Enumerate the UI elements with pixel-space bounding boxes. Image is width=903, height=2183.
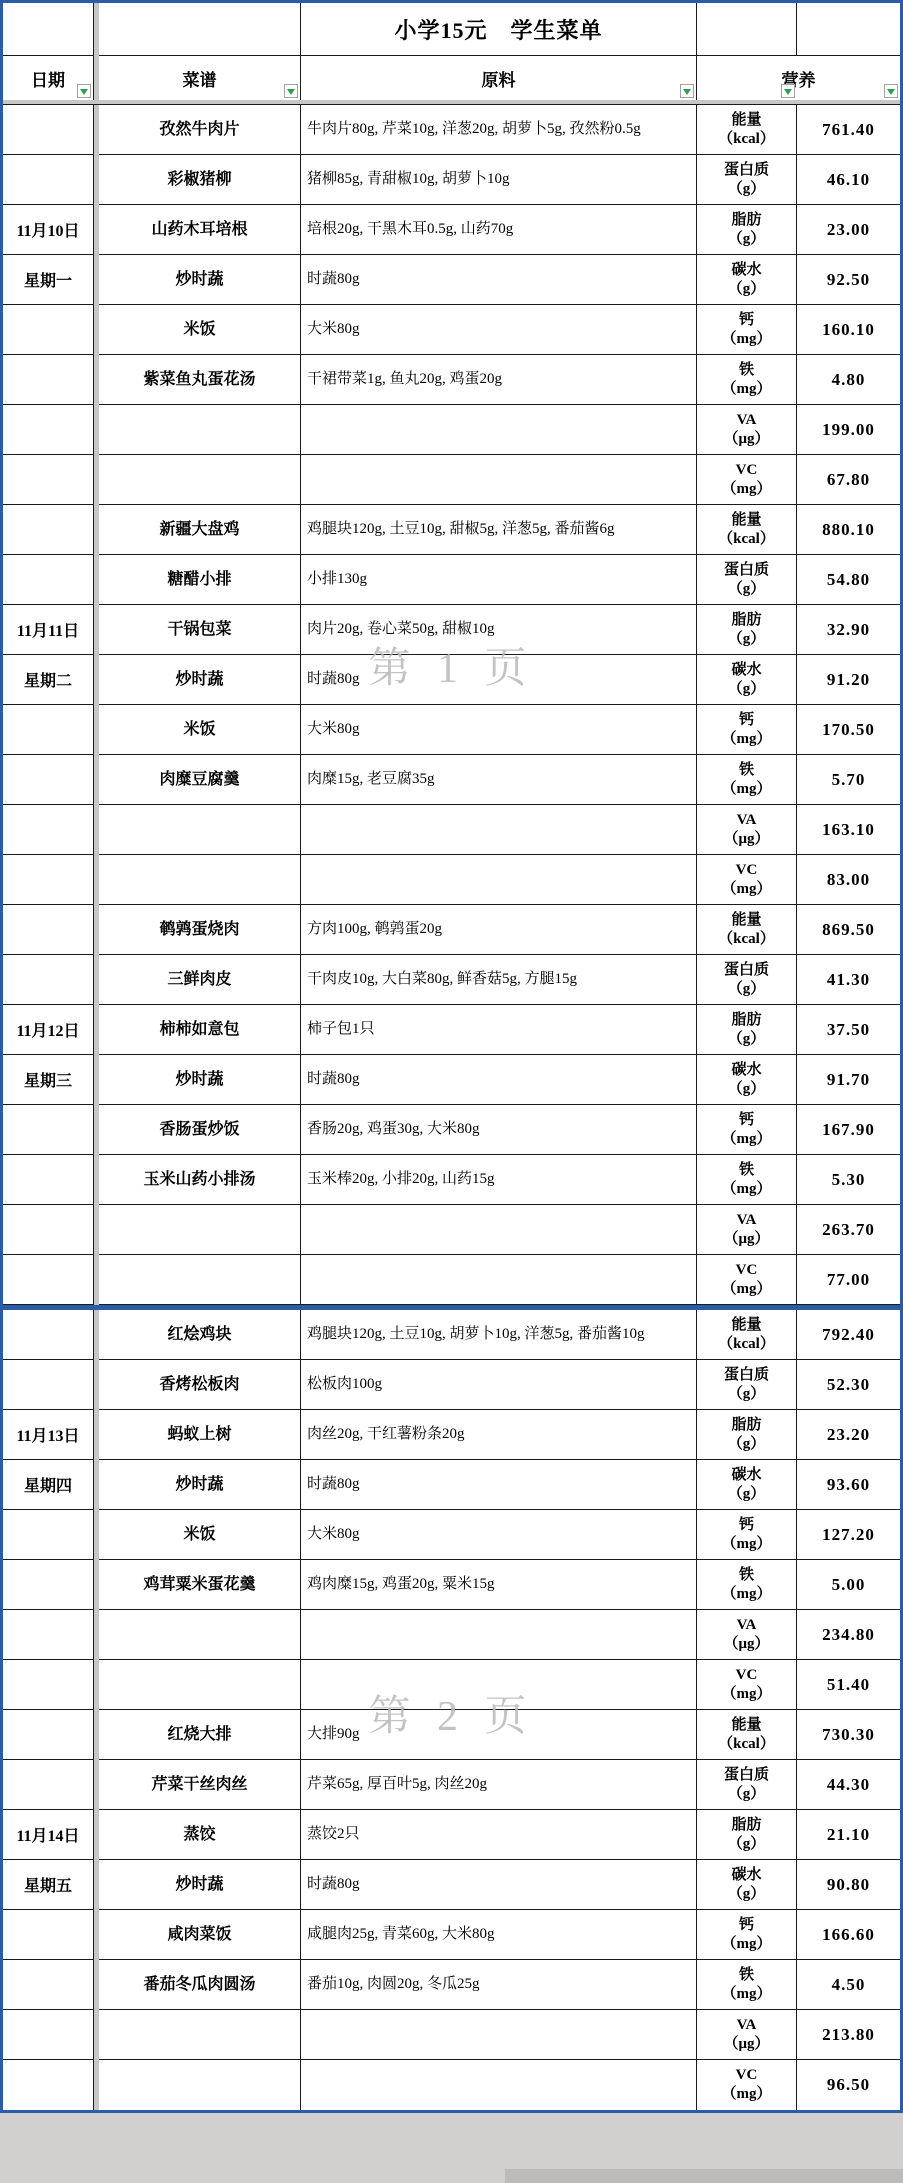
dish-cell[interactable]: 炒时蔬: [99, 655, 301, 705]
nutrient-name: 脂肪: [731, 211, 761, 230]
dish-cell[interactable]: 紫菜鱼丸蛋花汤: [99, 355, 301, 405]
ingredients-text: 芹菜65g, 厚百叶5g, 肉丝20g: [307, 1774, 692, 1795]
ingredients-text: 时蔬80g: [307, 1069, 692, 1090]
nutrient-unit: （mg）: [722, 2085, 772, 2104]
nutrient-label-cell[interactable]: 碳水（g）: [697, 1860, 797, 1910]
cell-empty[interactable]: [3, 755, 94, 805]
filter-arrow-icon: [683, 89, 691, 99]
cell-empty[interactable]: [3, 805, 94, 855]
ingredients-cell[interactable]: 时蔬80g: [301, 1055, 697, 1105]
nutrient-value-cell[interactable]: 792.40: [797, 1310, 900, 1360]
nutrient-label-cell[interactable]: VA（μg）: [697, 2010, 797, 2060]
nutrient-label-cell[interactable]: 脂肪（g）: [697, 205, 797, 255]
ingredients-cell[interactable]: 牛肉片80g, 芹菜10g, 洋葱20g, 胡萝卜5g, 孜然粉0.5g: [301, 105, 697, 155]
nutrient-label-cell[interactable]: VA（μg）: [697, 1205, 797, 1255]
nutrient-name: 脂肪: [731, 1011, 761, 1030]
cell-empty[interactable]: [301, 1610, 697, 1660]
cell-empty[interactable]: [3, 3, 94, 56]
dish-cell[interactable]: 米饭: [99, 305, 301, 355]
nutrient-value-cell[interactable]: 4.50: [797, 1960, 900, 2010]
ingredients-text: 时蔬80g: [307, 1874, 692, 1895]
nutrient-unit: （mg）: [722, 1280, 772, 1299]
nutrient-name: 钙: [739, 711, 754, 730]
date-cell[interactable]: 11月12日: [3, 1005, 94, 1055]
dish-cell[interactable]: 彩椒猪柳: [99, 155, 301, 205]
ingredients-cell[interactable]: 香肠20g, 鸡蛋30g, 大米80g: [301, 1105, 697, 1155]
filter-dropdown-nutrition[interactable]: [781, 84, 795, 98]
nutrient-unit: （g）: [728, 230, 766, 249]
nutrient-unit: （g）: [728, 980, 766, 999]
cell-empty[interactable]: [3, 1910, 94, 1960]
ingredients-text: 香肠20g, 鸡蛋30g, 大米80g: [307, 1119, 692, 1140]
nutrient-label-cell[interactable]: 碳水（g）: [697, 1460, 797, 1510]
cell-empty[interactable]: [3, 1960, 94, 2010]
nutrient-unit: （μg）: [723, 2035, 769, 2054]
dish-cell[interactable]: 山药木耳培根: [99, 205, 301, 255]
cell-empty[interactable]: [3, 505, 94, 555]
dish-cell[interactable]: 香肠蛋炒饭: [99, 1105, 301, 1155]
column-header-menu[interactable]: 菜谱: [99, 56, 301, 100]
nutrient-name: 钙: [739, 1111, 754, 1130]
ingredients-text: 鸡肉糜15g, 鸡蛋20g, 粟米15g: [307, 1574, 692, 1595]
dish-cell[interactable]: 柿柿如意包: [99, 1005, 301, 1055]
ingredients-cell[interactable]: 蒸饺2只: [301, 1810, 697, 1860]
nutrient-label-cell[interactable]: 能量（kcal）: [697, 1310, 797, 1360]
ingredients-text: 大米80g: [307, 319, 692, 340]
nutrient-value-cell[interactable]: 46.10: [797, 155, 900, 205]
nutrient-value-cell[interactable]: 166.60: [797, 1910, 900, 1960]
ingredients-cell[interactable]: 咸腿肉25g, 青菜60g, 大米80g: [301, 1910, 697, 1960]
nutrient-value-cell[interactable]: 54.80: [797, 555, 900, 605]
nutrient-label-cell[interactable]: VA（μg）: [697, 805, 797, 855]
nutrient-label-cell[interactable]: 钙（mg）: [697, 1510, 797, 1560]
cell-empty[interactable]: [301, 1205, 697, 1255]
nutrient-value-cell[interactable]: 91.70: [797, 1055, 900, 1105]
dish-cell[interactable]: 鹌鹑蛋烧肉: [99, 905, 301, 955]
ingredients-cell[interactable]: 松板肉100g: [301, 1360, 697, 1410]
nutrient-label-cell[interactable]: 能量（kcal）: [697, 105, 797, 155]
nutrient-unit: （g）: [728, 280, 766, 299]
nutrient-value-cell[interactable]: 44.30: [797, 1760, 900, 1810]
nutrient-name: VA: [737, 1211, 757, 1230]
dish-cell[interactable]: 新疆大盘鸡: [99, 505, 301, 555]
ingredients-cell[interactable]: 肉片20g, 卷心菜50g, 甜椒10g: [301, 605, 697, 655]
nutrient-value-cell[interactable]: 41.30: [797, 955, 900, 1005]
nutrient-label-cell[interactable]: 钙（mg）: [697, 1105, 797, 1155]
nutrient-name: 蛋白质: [724, 1766, 769, 1785]
dish-cell[interactable]: 炒时蔬: [99, 1055, 301, 1105]
cell-empty[interactable]: [3, 955, 94, 1005]
nutrient-label-cell[interactable]: 蛋白质（g）: [697, 155, 797, 205]
cell-empty[interactable]: [3, 2060, 94, 2110]
column-header-ingredients-label: 原料: [482, 66, 516, 91]
ingredients-cell[interactable]: 鸡腿块120g, 土豆10g, 甜椒5g, 洋葱5g, 番茄酱6g: [301, 505, 697, 555]
ingredients-cell[interactable]: 小排130g: [301, 555, 697, 605]
filter-dropdown-nutrition-value[interactable]: [884, 84, 898, 98]
ingredients-text: 松板肉100g: [307, 1374, 692, 1395]
nutrient-name: 铁: [739, 1566, 754, 1585]
ingredients-cell[interactable]: 柿子包1只: [301, 1005, 697, 1055]
filter-arrow-icon: [887, 89, 895, 99]
ingredients-cell[interactable]: 大米80g: [301, 705, 697, 755]
cell-empty[interactable]: [301, 455, 697, 505]
weekday-cell[interactable]: 星期一: [3, 255, 94, 305]
ingredients-text: 干裙带菜1g, 鱼丸20g, 鸡蛋20g: [307, 369, 692, 390]
nutrient-name: VA: [737, 2016, 757, 2035]
ingredients-cell[interactable]: 肉丝20g, 干红薯粉条20g: [301, 1410, 697, 1460]
dish-cell[interactable]: 炒时蔬: [99, 1460, 301, 1510]
nutrient-value-cell[interactable]: 869.50: [797, 905, 900, 955]
nutrient-unit: （μg）: [723, 830, 769, 849]
weekday-cell[interactable]: 星期四: [3, 1460, 94, 1510]
nutrient-value-cell[interactable]: 167.90: [797, 1105, 900, 1155]
nutrient-name: 脂肪: [731, 1816, 761, 1835]
nutrient-label-cell[interactable]: 能量（kcal）: [697, 905, 797, 955]
cell-empty[interactable]: [3, 1255, 94, 1305]
nutrient-label-cell[interactable]: 蛋白质（g）: [697, 1360, 797, 1410]
cell-empty[interactable]: [99, 1255, 301, 1305]
dish-cell[interactable]: 芹菜干丝肉丝: [99, 1760, 301, 1810]
nutrient-value-cell[interactable]: 5.00: [797, 1560, 900, 1610]
ingredients-text: 牛肉片80g, 芹菜10g, 洋葱20g, 胡萝卜5g, 孜然粉0.5g: [307, 119, 692, 140]
nutrient-name: 铁: [739, 1161, 754, 1180]
dish-cell[interactable]: 蚂蚁上树: [99, 1410, 301, 1460]
nutrient-name: 蛋白质: [724, 161, 769, 180]
nutrient-unit: （μg）: [723, 1635, 769, 1654]
cell-empty[interactable]: [3, 355, 94, 405]
nutrient-value-cell[interactable]: 32.90: [797, 605, 900, 655]
cell-empty[interactable]: [301, 405, 697, 455]
cell-empty[interactable]: [3, 1510, 94, 1560]
nutrient-value-cell[interactable]: 51.40: [797, 1660, 900, 1710]
dish-cell[interactable]: 红烩鸡块: [99, 1310, 301, 1360]
dish-cell[interactable]: 炒时蔬: [99, 255, 301, 305]
nutrient-value-cell[interactable]: 170.50: [797, 705, 900, 755]
ingredients-text: 肉糜15g, 老豆腐35g: [307, 769, 692, 790]
ingredients-cell[interactable]: 培根20g, 干黑木耳0.5g, 山药70g: [301, 205, 697, 255]
filter-arrow-icon: [80, 89, 88, 99]
cell-empty[interactable]: [99, 2060, 301, 2110]
nutrient-label-cell[interactable]: 碳水（g）: [697, 655, 797, 705]
dish-cell[interactable]: 米饭: [99, 1510, 301, 1560]
ingredients-text: 时蔬80g: [307, 669, 692, 690]
dish-cell[interactable]: 米饭: [99, 705, 301, 755]
dish-cell[interactable]: 玉米山药小排汤: [99, 1155, 301, 1205]
dish-cell[interactable]: 糖醋小排: [99, 555, 301, 605]
nutrient-unit: （g）: [728, 180, 766, 199]
cell-empty[interactable]: [3, 905, 94, 955]
ingredients-text: 大米80g: [307, 719, 692, 740]
ingredients-cell[interactable]: 方肉100g, 鹌鹑蛋20g: [301, 905, 697, 955]
nutrient-name: 能量: [731, 511, 761, 530]
cell-empty[interactable]: [301, 805, 697, 855]
nutrient-value-cell[interactable]: 67.80: [797, 455, 900, 505]
ingredients-cell[interactable]: 干肉皮10g, 大白菜80g, 鲜香菇5g, 方腿15g: [301, 955, 697, 1005]
nutrient-name: 碳水: [731, 1866, 761, 1885]
nutrient-value-cell[interactable]: 96.50: [797, 2060, 900, 2110]
nutrient-name: VC: [736, 1261, 758, 1280]
nutrient-unit: （mg）: [722, 1585, 772, 1604]
ingredients-text: 肉丝20g, 干红薯粉条20g: [307, 1424, 692, 1445]
cell-empty[interactable]: [3, 105, 94, 155]
cell-empty[interactable]: [3, 1360, 94, 1410]
nutrient-value-cell[interactable]: 37.50: [797, 1005, 900, 1055]
nutrient-name: 碳水: [731, 1466, 761, 1485]
nutrient-value-cell[interactable]: 263.70: [797, 1205, 900, 1255]
nutrient-unit: （g）: [728, 1080, 766, 1099]
nutrient-value-cell[interactable]: 199.00: [797, 405, 900, 455]
ingredients-text: 时蔬80g: [307, 1474, 692, 1495]
nutrient-value-cell[interactable]: 5.30: [797, 1155, 900, 1205]
nutrient-unit: （g）: [728, 680, 766, 699]
horizontal-scrollbar[interactable]: [505, 2169, 903, 2183]
nutrient-value-cell[interactable]: 93.60: [797, 1460, 900, 1510]
nutrient-name: 碳水: [731, 661, 761, 680]
nutrient-name: 铁: [739, 1966, 754, 1985]
nutrient-value-cell[interactable]: 730.30: [797, 1710, 900, 1760]
cell-empty[interactable]: [3, 1310, 94, 1360]
cell-empty[interactable]: [99, 1660, 301, 1710]
cell-empty[interactable]: [3, 1560, 94, 1610]
ingredients-cell[interactable]: 大米80g: [301, 1510, 697, 1560]
nutrient-label-cell[interactable]: 蛋白质（g）: [697, 1760, 797, 1810]
ingredients-text: 方肉100g, 鹌鹑蛋20g: [307, 919, 692, 940]
nutrient-unit: （mg）: [722, 780, 772, 799]
nutrient-unit: （g）: [728, 1785, 766, 1804]
nutrient-unit: （kcal）: [718, 930, 775, 949]
ingredients-text: 大排90g: [307, 1724, 692, 1745]
nutrient-name: 钙: [739, 1916, 754, 1935]
nutrient-label-cell[interactable]: 蛋白质（g）: [697, 955, 797, 1005]
ingredients-cell[interactable]: 猪柳85g, 青甜椒10g, 胡萝卜10g: [301, 155, 697, 205]
cell-empty[interactable]: [301, 855, 697, 905]
cell-empty[interactable]: [3, 1710, 94, 1760]
nutrient-value-cell[interactable]: 5.70: [797, 755, 900, 805]
nutrient-label-cell[interactable]: 铁（mg）: [697, 1155, 797, 1205]
cell-empty[interactable]: [301, 2060, 697, 2110]
nutrient-label-cell[interactable]: 钙（mg）: [697, 1910, 797, 1960]
ingredients-text: 肉片20g, 卷心菜50g, 甜椒10g: [307, 619, 692, 640]
dish-cell[interactable]: 蒸饺: [99, 1810, 301, 1860]
nutrient-label-cell[interactable]: VC（mg）: [697, 1255, 797, 1305]
nutrient-label-cell[interactable]: VC（mg）: [697, 455, 797, 505]
ingredients-text: 柿子包1只: [307, 1019, 692, 1040]
nutrient-label-cell[interactable]: 铁（mg）: [697, 1560, 797, 1610]
sheet-title[interactable]: 小学15元 学生菜单: [301, 3, 697, 56]
ingredients-text: 干肉皮10g, 大白菜80g, 鲜香菇5g, 方腿15g: [307, 969, 692, 990]
ingredients-cell[interactable]: 时蔬80g: [301, 255, 697, 305]
cell-empty[interactable]: [99, 455, 301, 505]
ingredients-text: 咸腿肉25g, 青菜60g, 大米80g: [307, 1924, 692, 1945]
filter-dropdown-date[interactable]: [77, 84, 91, 98]
cell-empty[interactable]: [797, 3, 900, 56]
cell-empty[interactable]: [3, 1105, 94, 1155]
cell-empty[interactable]: [3, 155, 94, 205]
nutrient-unit: （mg）: [722, 1685, 772, 1704]
ingredients-cell[interactable]: 肉糜15g, 老豆腐35g: [301, 755, 697, 805]
nutrient-name: 能量: [731, 1316, 761, 1335]
ingredients-text: 时蔬80g: [307, 269, 692, 290]
column-header-ingredients[interactable]: 原料: [301, 56, 697, 100]
cell-empty[interactable]: [99, 3, 301, 56]
cell-empty[interactable]: [3, 2010, 94, 2060]
nutrient-value-cell[interactable]: 127.20: [797, 1510, 900, 1560]
weekday-cell[interactable]: 星期二: [3, 655, 94, 705]
column-header-date[interactable]: 日期: [3, 56, 94, 100]
nutrient-name: VA: [737, 811, 757, 830]
nutrient-value-cell[interactable]: 234.80: [797, 1610, 900, 1660]
cell-empty[interactable]: [301, 1660, 697, 1710]
ingredients-text: 小排130g: [307, 569, 692, 590]
dish-cell[interactable]: 干锅包菜: [99, 605, 301, 655]
nutrient-label-cell[interactable]: 脂肪（g）: [697, 1810, 797, 1860]
cell-empty[interactable]: [3, 1660, 94, 1710]
nutrient-name: 能量: [731, 111, 761, 130]
cell-empty[interactable]: [99, 805, 301, 855]
cell-empty[interactable]: [301, 2010, 697, 2060]
cell-empty[interactable]: [99, 2010, 301, 2060]
cell-empty[interactable]: [99, 1610, 301, 1660]
dish-cell[interactable]: 炒时蔬: [99, 1860, 301, 1910]
nutrient-name: 能量: [731, 911, 761, 930]
nutrient-name: VC: [736, 861, 758, 880]
ingredients-cell[interactable]: 鸡肉糜15g, 鸡蛋20g, 粟米15g: [301, 1560, 697, 1610]
ingredients-cell[interactable]: 番茄10g, 肉圆20g, 冬瓜25g: [301, 1960, 697, 2010]
nutrient-label-cell[interactable]: 铁（mg）: [697, 755, 797, 805]
nutrient-label-cell[interactable]: 钙（mg）: [697, 705, 797, 755]
nutrient-unit: （mg）: [722, 1180, 772, 1199]
menu-spreadsheet: 小学15元 学生菜单 日期 菜谱 原料 营养 孜然牛肉片牛肉片80g, 芹菜10…: [0, 0, 903, 2113]
date-cell[interactable]: 11月10日: [3, 205, 94, 255]
filter-arrow-icon: [287, 89, 295, 99]
nutrient-label-cell[interactable]: 脂肪（g）: [697, 1410, 797, 1460]
nutrient-value-cell[interactable]: 4.80: [797, 355, 900, 405]
ingredients-cell[interactable]: 大米80g: [301, 305, 697, 355]
nutrient-label-cell[interactable]: 能量（kcal）: [697, 505, 797, 555]
nutrient-name: 蛋白质: [724, 1366, 769, 1385]
cell-empty[interactable]: [301, 1255, 697, 1305]
date-cell[interactable]: 11月14日: [3, 1810, 94, 1860]
nutrient-unit: （mg）: [722, 1535, 772, 1554]
ingredients-text: 培根20g, 干黑木耳0.5g, 山药70g: [307, 219, 692, 240]
nutrient-value-cell[interactable]: 761.40: [797, 105, 900, 155]
cell-empty[interactable]: [99, 405, 301, 455]
cell-empty[interactable]: [3, 1760, 94, 1810]
filter-dropdown-ingredients[interactable]: [680, 84, 694, 98]
weekday-cell[interactable]: 星期五: [3, 1860, 94, 1910]
dish-cell[interactable]: 三鲜肉皮: [99, 955, 301, 1005]
nutrient-value-cell[interactable]: 52.30: [797, 1360, 900, 1410]
nutrient-label-cell[interactable]: VC（mg）: [697, 1660, 797, 1710]
column-header-nutrition[interactable]: 营养: [697, 56, 900, 100]
nutrient-value-cell[interactable]: 880.10: [797, 505, 900, 555]
filter-dropdown-menu[interactable]: [284, 84, 298, 98]
cell-empty[interactable]: [3, 455, 94, 505]
cell-empty[interactable]: [3, 555, 94, 605]
nutrient-value-cell[interactable]: 23.00: [797, 205, 900, 255]
nutrient-value-cell[interactable]: 21.10: [797, 1810, 900, 1860]
date-cell[interactable]: 11月13日: [3, 1410, 94, 1460]
nutrient-unit: （mg）: [722, 880, 772, 899]
nutrient-name: 脂肪: [731, 1416, 761, 1435]
ingredients-cell[interactable]: 时蔬80g: [301, 1860, 697, 1910]
ingredients-cell[interactable]: 干裙带菜1g, 鱼丸20g, 鸡蛋20g: [301, 355, 697, 405]
ingredients-cell[interactable]: 时蔬80g: [301, 655, 697, 705]
nutrient-value-cell[interactable]: 83.00: [797, 855, 900, 905]
ingredients-text: 鸡腿块120g, 土豆10g, 胡萝卜10g, 洋葱5g, 番茄酱10g: [307, 1324, 692, 1345]
nutrient-label-cell[interactable]: 铁（mg）: [697, 1960, 797, 2010]
nutrient-value-cell[interactable]: 23.20: [797, 1410, 900, 1460]
nutrient-unit: （mg）: [722, 380, 772, 399]
nutrient-unit: （μg）: [723, 1230, 769, 1249]
dish-cell[interactable]: 鸡茸粟米蛋花羹: [99, 1560, 301, 1610]
nutrient-label-cell[interactable]: 能量（kcal）: [697, 1710, 797, 1760]
cell-empty[interactable]: [3, 1205, 94, 1255]
nutrient-value-cell[interactable]: 92.50: [797, 255, 900, 305]
nutrient-value-cell[interactable]: 160.10: [797, 305, 900, 355]
ingredients-cell[interactable]: 玉米棒20g, 小排20g, 山药15g: [301, 1155, 697, 1205]
dish-cell[interactable]: 番茄冬瓜肉圆汤: [99, 1960, 301, 2010]
nutrient-value-cell[interactable]: 213.80: [797, 2010, 900, 2060]
weekday-cell[interactable]: 星期三: [3, 1055, 94, 1105]
nutrient-label-cell[interactable]: 铁（mg）: [697, 355, 797, 405]
nutrient-label-cell[interactable]: 脂肪（g）: [697, 1005, 797, 1055]
cell-empty[interactable]: [697, 3, 797, 56]
cell-empty[interactable]: [3, 855, 94, 905]
nutrient-label-cell[interactable]: VC（mg）: [697, 855, 797, 905]
nutrient-label-cell[interactable]: 碳水（g）: [697, 1055, 797, 1105]
ingredients-cell[interactable]: 大排90g: [301, 1710, 697, 1760]
nutrient-unit: （mg）: [722, 730, 772, 749]
ingredients-cell[interactable]: 鸡腿块120g, 土豆10g, 胡萝卜10g, 洋葱5g, 番茄酱10g: [301, 1310, 697, 1360]
nutrient-name: 钙: [739, 1516, 754, 1535]
date-cell[interactable]: 11月11日: [3, 605, 94, 655]
nutrient-label-cell[interactable]: 蛋白质（g）: [697, 555, 797, 605]
cell-empty[interactable]: [3, 705, 94, 755]
ingredients-cell[interactable]: 芹菜65g, 厚百叶5g, 肉丝20g: [301, 1760, 697, 1810]
dish-cell[interactable]: 红烧大排: [99, 1710, 301, 1760]
ingredients-cell[interactable]: 时蔬80g: [301, 1460, 697, 1510]
nutrient-label-cell[interactable]: VC（mg）: [697, 2060, 797, 2110]
column-header-date-label: 日期: [31, 66, 65, 91]
ingredients-text: 猪柳85g, 青甜椒10g, 胡萝卜10g: [307, 169, 692, 190]
cell-empty[interactable]: [99, 855, 301, 905]
cell-empty[interactable]: [3, 405, 94, 455]
dish-cell[interactable]: 香烤松板肉: [99, 1360, 301, 1410]
nutrient-name: 碳水: [731, 261, 761, 280]
dish-cell[interactable]: 咸肉菜饭: [99, 1910, 301, 1960]
nutrient-label-cell[interactable]: 钙（mg）: [697, 305, 797, 355]
nutrient-unit: （g）: [728, 580, 766, 599]
dish-cell[interactable]: 孜然牛肉片: [99, 105, 301, 155]
cell-empty[interactable]: [3, 1155, 94, 1205]
nutrient-label-cell[interactable]: 脂肪（g）: [697, 605, 797, 655]
nutrient-label-cell[interactable]: 碳水（g）: [697, 255, 797, 305]
nutrient-value-cell[interactable]: 77.00: [797, 1255, 900, 1305]
nutrient-label-cell[interactable]: VA（μg）: [697, 1610, 797, 1660]
cell-empty[interactable]: [3, 305, 94, 355]
nutrient-value-cell[interactable]: 91.20: [797, 655, 900, 705]
cell-empty[interactable]: [99, 1205, 301, 1255]
nutrient-value-cell[interactable]: 90.80: [797, 1860, 900, 1910]
dish-cell[interactable]: 肉糜豆腐羹: [99, 755, 301, 805]
nutrient-unit: （mg）: [722, 1130, 772, 1149]
ingredients-text: 蒸饺2只: [307, 1824, 692, 1845]
nutrient-label-cell[interactable]: VA（μg）: [697, 405, 797, 455]
cell-empty[interactable]: [3, 1610, 94, 1660]
nutrient-value-cell[interactable]: 163.10: [797, 805, 900, 855]
nutrient-unit: （kcal）: [718, 530, 775, 549]
